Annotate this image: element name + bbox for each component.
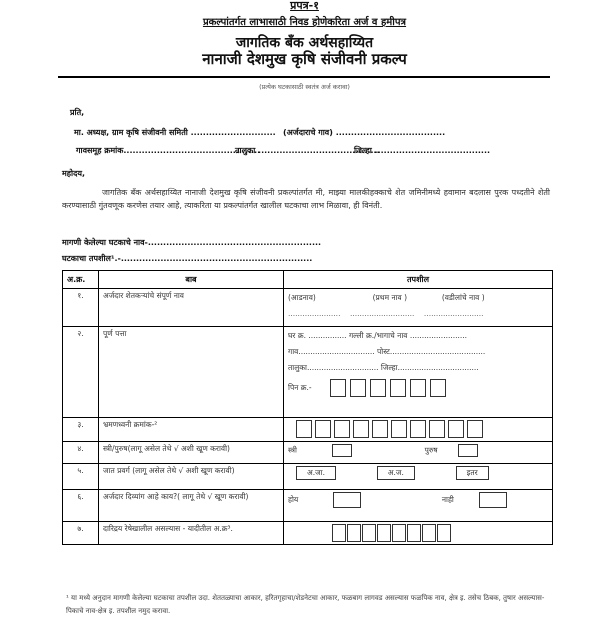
- addressee-line: मा. अध्यक्ष, ग्राम कृषि संजीवनी समिती ..…: [74, 127, 276, 138]
- form-subtitle: प्रकल्पांतर्गत लाभासाठी निवड होणेकरिता अ…: [0, 14, 609, 28]
- disability-yes-checkbox[interactable]: [333, 492, 361, 508]
- mobile-digit-box[interactable]: [296, 420, 312, 438]
- bpl-digit-box[interactable]: [392, 524, 406, 542]
- mobile-digit-box[interactable]: [372, 420, 388, 438]
- pin-code-boxes: [330, 383, 450, 392]
- table-row: १. अर्जदार शेतकऱ्यांचे संपूर्ण नाव (आडना…: [63, 289, 553, 327]
- col-item: बाब: [99, 271, 284, 289]
- row-number: १.: [63, 289, 99, 327]
- mobile-digit-box[interactable]: [467, 420, 483, 438]
- pin-digit-box[interactable]: [430, 379, 446, 397]
- village-cluster-field[interactable]: गावसमूह क्रमांक.........................…: [76, 145, 260, 156]
- table-row: ६. अर्जदार दिव्यांग आहे काय?( लागू तेथे …: [63, 490, 553, 522]
- pin-label: पिन क्र.-: [288, 383, 312, 392]
- pin-digit-box[interactable]: [350, 379, 366, 397]
- bpl-digit-box[interactable]: [407, 524, 421, 542]
- annexure-title: प्रपत्र-१: [0, 0, 609, 13]
- surname-label: (आडनाव): [288, 293, 316, 302]
- village-post-field[interactable]: गाव................................ पोस्…: [288, 347, 548, 357]
- father-name-field[interactable]: .........................: [424, 309, 484, 318]
- bpl-cell: [284, 522, 553, 545]
- row-item: भ्रमणध्वनी क्रमांक-²: [99, 418, 284, 442]
- female-label: स्त्री: [288, 446, 297, 455]
- table-row: ४. स्त्री/पुरुष(लागू असेल तेथे √ अशी खूण…: [63, 442, 553, 464]
- male-checkbox[interactable]: [458, 444, 478, 457]
- project-name: नानाजी देशमुख कृषि संजीवनी प्रकल्प: [0, 49, 609, 69]
- salutation: महोदय,: [62, 168, 85, 179]
- mobile-digit-box[interactable]: [353, 420, 369, 438]
- mobile-digit-box[interactable]: [334, 420, 350, 438]
- female-checkbox[interactable]: [332, 444, 352, 457]
- bpl-digit-box[interactable]: [347, 524, 361, 542]
- table-header-row: अ.क्र. बाब तपशील: [63, 271, 553, 289]
- row-number: ५.: [63, 464, 99, 490]
- row-item: पूर्ण पत्ता: [99, 327, 284, 418]
- table-row: ५. जात प्रवर्ग (लागू असेल तेथे √ अशी खूण…: [63, 464, 553, 490]
- pin-digit-box[interactable]: [410, 379, 426, 397]
- header-divider: [58, 76, 550, 78]
- mobile-cell: [284, 418, 553, 442]
- letter-body: जागतिक बँक अर्थसहाय्यित नानाजी देशमुख कृ…: [62, 186, 550, 212]
- table-row: ३. भ्रमणध्वनी क्रमांक-²: [63, 418, 553, 442]
- category-sc-checkbox[interactable]: अ.जा.: [296, 466, 336, 480]
- footnote: ¹ या मध्ये अनुदान मागणी केलेल्या घटकाचा …: [66, 592, 546, 618]
- mobile-digit-box[interactable]: [315, 420, 331, 438]
- row-item: दारिद्रय रेषेखालील असल्यास - यादीतील अ.क…: [99, 522, 284, 545]
- category-st-checkbox[interactable]: अ.ज.: [377, 466, 415, 480]
- col-details: तपशील: [284, 271, 553, 289]
- col-serial: अ.क्र.: [63, 271, 99, 289]
- application-table: अ.क्र. बाब तपशील १. अर्जदार शेतकऱ्यांचे …: [62, 270, 553, 545]
- row-item: स्त्री/पुरुष(लागू असेल तेथे √ अशी खूण कर…: [99, 442, 284, 464]
- house-street-field[interactable]: घर क्र. ................ गल्ली क्र./भागा…: [288, 331, 548, 341]
- row-number: ७.: [63, 522, 99, 545]
- surname-field[interactable]: ......................: [288, 309, 340, 318]
- mobile-digit-box[interactable]: [410, 420, 426, 438]
- first-name-field[interactable]: ...........................: [350, 309, 414, 318]
- table-row: ७. दारिद्रय रेषेखालील असल्यास - यादीतील …: [63, 522, 553, 545]
- first-name-label: (प्रथम नाव ): [373, 293, 407, 302]
- component-name-field[interactable]: मागणी केलेल्या घटकाचे नाव-..............…: [62, 237, 321, 248]
- table-row: २. पूर्ण पत्ता घर क्र. ................ …: [63, 327, 553, 418]
- mobile-digit-box[interactable]: [391, 420, 407, 438]
- component-details-field[interactable]: घटकाचा तपशील¹.-.........................…: [62, 253, 312, 264]
- form-note: (प्रत्येक घटकासाठी स्वतंत्र अर्ज करावा): [0, 82, 609, 91]
- yes-label: होय: [288, 495, 298, 504]
- bpl-number-boxes: [332, 528, 452, 537]
- full-name-cell[interactable]: (आडनाव) (प्रथम नाव ) (वडीलांचे नाव ) ...…: [284, 289, 553, 327]
- bpl-digit-box[interactable]: [332, 524, 346, 542]
- mobile-number-boxes: [296, 424, 486, 433]
- district-field[interactable]: जिल्हा .................................…: [354, 145, 490, 156]
- disability-cell: होय नाही: [284, 490, 553, 522]
- row-number: ६.: [63, 490, 99, 522]
- applicant-village-field[interactable]: (अर्जदाराचे गाव) .......................…: [283, 127, 445, 138]
- no-label: नाही: [442, 495, 454, 504]
- pin-digit-box[interactable]: [390, 379, 406, 397]
- male-label: पुरुष: [425, 446, 438, 455]
- bpl-digit-box[interactable]: [437, 524, 451, 542]
- row-item: अर्जदार दिव्यांग आहे काय?( लागू तेथे √ ख…: [99, 490, 284, 522]
- father-name-label: (वडीलांचे नाव ): [442, 293, 485, 302]
- gender-cell: स्त्री पुरुष: [284, 442, 553, 464]
- bpl-digit-box[interactable]: [422, 524, 436, 542]
- category-other-checkbox[interactable]: इतर: [456, 466, 489, 480]
- addressee-prati: प्रति,: [70, 107, 84, 118]
- disability-no-checkbox[interactable]: [479, 492, 507, 508]
- mobile-digit-box[interactable]: [448, 420, 464, 438]
- address-cell: घर क्र. ................ गल्ली क्र./भागा…: [284, 327, 553, 418]
- pin-digit-box[interactable]: [370, 379, 386, 397]
- row-number: ४.: [63, 442, 99, 464]
- row-item: अर्जदार शेतकऱ्यांचे संपूर्ण नाव: [99, 289, 284, 327]
- row-number: ३.: [63, 418, 99, 442]
- bpl-digit-box[interactable]: [377, 524, 391, 542]
- row-number: २.: [63, 327, 99, 418]
- taluka-district-field[interactable]: तालुका.............................. जिल…: [288, 363, 548, 373]
- caste-cell: अ.जा. अ.ज. इतर: [284, 464, 553, 490]
- bpl-digit-box[interactable]: [362, 524, 376, 542]
- letter-body-text: जागतिक बँक अर्थसहाय्यित नानाजी देशमुख कृ…: [62, 188, 550, 210]
- row-item: जात प्रवर्ग (लागू असेल तेथे √ अशी खूण कर…: [99, 464, 284, 490]
- pin-digit-box[interactable]: [330, 379, 346, 397]
- mobile-digit-box[interactable]: [429, 420, 445, 438]
